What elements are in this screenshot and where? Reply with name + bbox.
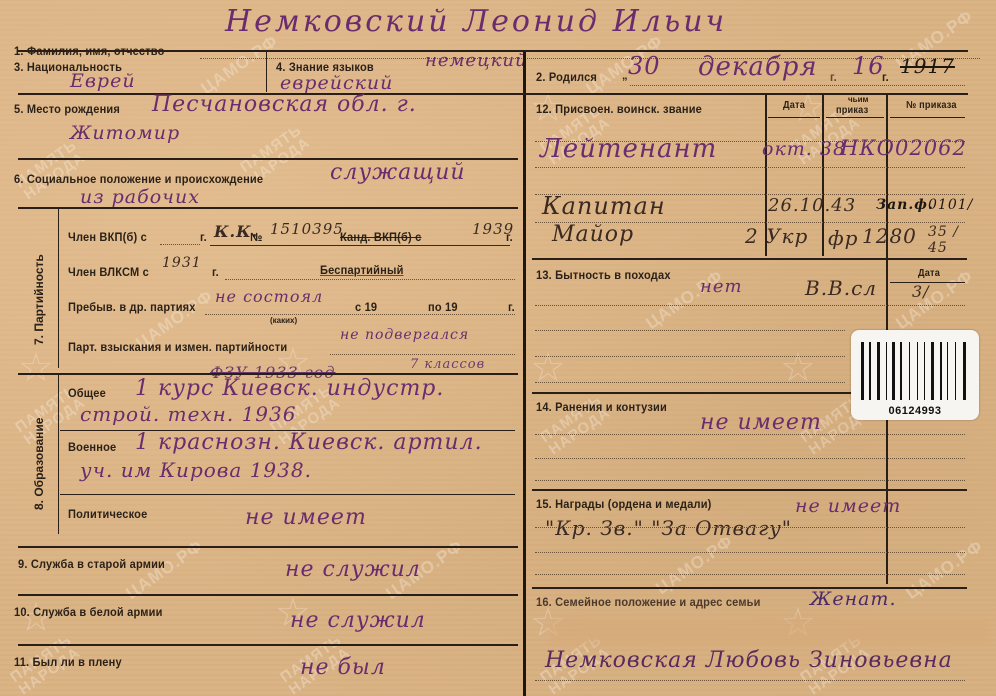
field-9-label: 9. Служба в старой армии <box>18 557 165 571</box>
rank-extra: 35 / 45 <box>928 224 968 256</box>
divider <box>826 117 884 118</box>
field-13-date: 3/ <box>912 282 930 301</box>
barcode-sticker: 06124993 <box>851 330 979 420</box>
divider <box>532 258 967 260</box>
field-2-label: 2. Родился <box>536 70 597 84</box>
field-5-value-line1: Песчановская обл. г. <box>152 92 417 117</box>
star-watermark-icon: ☆ <box>780 345 816 391</box>
divider <box>532 489 967 491</box>
birth-day: 30 <box>628 52 661 80</box>
dotted-line <box>630 85 965 86</box>
registration-card: ЦАМО.РФ ЦАМО.РФ ЦАМО.РФ ЦАМО.РФ ЦАМО.РФ … <box>0 0 996 696</box>
military-education-label: Военное <box>68 440 116 454</box>
vlksm-label: Член ВЛКСМ с <box>68 265 149 279</box>
penalties-value: не подвергался <box>340 327 469 343</box>
dotted-line <box>535 480 965 481</box>
rank-date: окт. 38 <box>762 138 846 160</box>
dotted-line <box>205 314 515 315</box>
divider <box>58 374 59 534</box>
barcode-icon <box>861 342 969 400</box>
year-prefix: г. <box>830 70 837 84</box>
rank-date: 26.10.43 <box>768 195 856 216</box>
rank-order: Зап.ф. <box>876 197 934 213</box>
military-education-line1: 1 краснозн. Киевск. артил. <box>135 430 483 455</box>
rank-order-number: 0101/ <box>928 197 973 213</box>
vkpb-label: Член ВКП(б) с <box>68 230 147 244</box>
watermark: ЦАМО.РФ <box>902 536 987 604</box>
field-5-label: 5. Место рождения <box>14 102 120 116</box>
field-13-extra: В.В.сл <box>805 276 877 300</box>
dotted-line <box>535 552 965 553</box>
field-6-label: 6. Социальное положение и происхождение <box>14 172 263 186</box>
divider <box>58 208 59 368</box>
general-education-line1: 1 курс Киевск. индустр. <box>135 376 444 401</box>
field-3-value: Еврей <box>70 70 136 92</box>
column-header-order-sub: чьим <box>848 95 868 104</box>
divider <box>18 594 518 596</box>
field-12-label: 12. Присвоен. воинск. звание <box>536 102 702 116</box>
card-number-label: № <box>250 230 262 244</box>
field-11-label: 11. Был ли в плену <box>14 655 122 669</box>
military-education-line2: уч. им Кирова 1938. <box>80 458 312 482</box>
column-divider <box>822 94 824 256</box>
field-15-label: 15. Награды (ордена и медали) <box>536 497 712 511</box>
candidate-label: Канд. ВКП(б) с <box>340 230 421 244</box>
dotted-line <box>225 279 515 280</box>
other-parties-sublabel: (каких) <box>270 316 297 325</box>
rank-order: фр <box>828 226 858 250</box>
dotted-line <box>160 244 200 245</box>
birth-year-struck: 1917 <box>900 54 955 78</box>
dotted-line <box>535 305 965 306</box>
dotted-line <box>535 356 845 357</box>
field-9-value: не служил <box>285 557 421 582</box>
field-6-value-line1: служащий <box>330 160 466 185</box>
field-15-value: не имеет <box>795 495 901 517</box>
vkpb-g: г. <box>200 230 207 244</box>
divider <box>266 52 267 92</box>
field-16-value: Женат. <box>810 588 897 610</box>
field-8-section-label: 8. Образование <box>32 418 46 510</box>
divider <box>18 644 518 646</box>
vlksm-g: г. <box>212 265 219 279</box>
rank-name: Капитан <box>542 192 666 220</box>
star-watermark-icon: ☆ <box>18 345 54 391</box>
other-parties-label: Пребыв. в др. партиях <box>68 300 196 314</box>
column-header-date: Дата <box>783 100 805 111</box>
field-10-label: 10. Служба в белой армии <box>14 605 163 619</box>
field-11-value: не был <box>300 655 386 680</box>
political-education-value: не имеет <box>245 505 367 530</box>
field-10-value: не служил <box>290 608 426 633</box>
rank-name: Лейтенант <box>540 134 717 164</box>
divider <box>18 546 518 548</box>
vlksm-year: 1931 <box>162 255 202 271</box>
penalties-label: Парт. взыскания и измен. партийности <box>68 340 287 354</box>
dotted-line <box>535 382 845 383</box>
column-header-order: приказ <box>836 105 868 116</box>
field-1-value: Немковский Леонид Ильич <box>225 4 727 39</box>
divider <box>18 373 518 375</box>
quote-mark: „ <box>622 68 628 82</box>
rank-order: НКО <box>840 136 895 160</box>
field-7-section-label: 7. Партийность <box>32 254 46 345</box>
rank-name: Майор <box>552 222 634 247</box>
dotted-line <box>535 167 965 168</box>
year-suffix: г. <box>882 70 889 84</box>
rank-order-number: 02062 <box>895 136 967 160</box>
field-4-value-line1: немецкий <box>425 50 528 71</box>
from-year-label: с 19 <box>355 300 377 314</box>
nonparty-label: Беспартийный <box>320 263 404 277</box>
underline <box>210 245 510 246</box>
field-16-label: 16. Семейное положение и адрес семьи <box>536 595 761 609</box>
column-header-order-number: № приказа <box>906 100 957 111</box>
watermark: ПАМЯТЬНАРОДА <box>13 137 88 202</box>
rank-date: 2 Укр <box>745 224 808 248</box>
dotted-line <box>535 434 965 435</box>
dotted-line <box>535 458 965 459</box>
dotted-line <box>535 527 965 528</box>
column-header-date: Дата <box>918 268 940 279</box>
candidate-g: г. <box>506 230 513 244</box>
field-14-label: 14. Ранения и контузии <box>536 400 667 414</box>
divider <box>768 117 820 118</box>
field-6-value-line2: из рабочих <box>80 186 200 208</box>
rank-order-number: 1280 <box>862 224 917 248</box>
political-education-label: Политическое <box>68 507 147 521</box>
general-education-line2: строй. техн. 1936 <box>80 402 296 426</box>
to-year-label: по 19 <box>428 300 458 314</box>
center-divider <box>523 52 526 696</box>
star-watermark-icon: ☆ <box>530 345 566 391</box>
redacted-area <box>550 618 990 646</box>
field-15-awards: "Кр. Зв." "За Отвагу" <box>545 516 792 540</box>
divider <box>60 494 515 495</box>
field-13-label: 13. Бытность в походах <box>536 268 671 282</box>
field-4-value-line2: еврейский <box>280 72 393 94</box>
dotted-line <box>330 354 515 355</box>
general-education-label: Общее <box>68 386 106 400</box>
field-16-value-line2: Немковская Любовь Зиновьевна <box>545 648 953 673</box>
dotted-line <box>535 680 965 681</box>
education-note-classes: 7 классов <box>410 357 485 372</box>
watermark: ЦАМО.РФ <box>197 31 282 99</box>
divider <box>532 587 967 589</box>
dotted-line <box>535 330 845 331</box>
dotted-line <box>535 574 965 575</box>
party-card-number: 1510395 <box>270 220 344 238</box>
other-parties-value: не состоял <box>215 287 323 306</box>
divider <box>18 207 518 209</box>
barcode-number: 06124993 <box>851 405 979 417</box>
divider <box>890 117 965 118</box>
field-14-value: не имеет <box>700 410 822 435</box>
birth-year: 16 <box>852 52 885 80</box>
divider <box>532 392 852 394</box>
field-5-value-line2: Житомир <box>70 122 180 144</box>
birth-month: декабря <box>698 52 818 82</box>
period-g: г. <box>508 300 515 314</box>
field-13-value: нет <box>700 276 743 297</box>
